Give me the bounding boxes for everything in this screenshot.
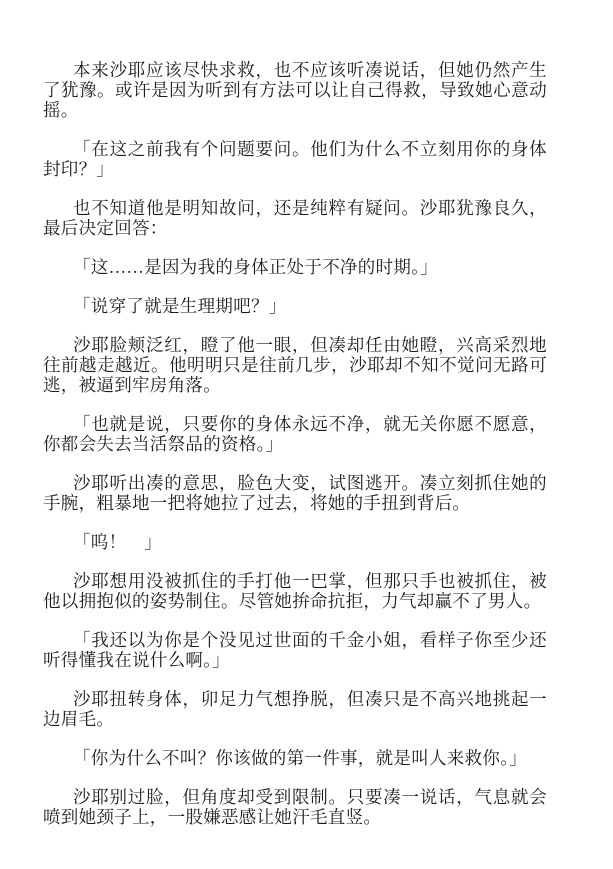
dialogue-paragraph: 「说穿了就是生理期吧？」 [43, 296, 547, 316]
narration-paragraph: 沙耶别过脸，但角度却受到限制。只要凑一说话，气息就会喷到她颈子上，一股嫌恶感让她… [43, 787, 547, 827]
book-page: 本来沙耶应该尽快求救，也不应该听凑说话，但她仍然产生了犹豫。或许是因为听到有方法… [0, 0, 613, 869]
dialogue-paragraph: 「我还以为你是个没见过世面的千金小姐，看样子你至少还听得懂我在说什么啊。」 [43, 630, 547, 670]
narration-paragraph: 也不知道他是明知故问，还是纯粹有疑问。沙耶犹豫良久，最后决定回答： [43, 198, 547, 238]
narration-paragraph: 沙耶扭转身体，卯足力气想挣脱，但凑只是不高兴地挑起一边眉毛。 [43, 689, 547, 729]
dialogue-paragraph: 「也就是说，只要你的身体永远不净，就无关你愿不愿意，你都会失去当活祭品的资格。」 [43, 414, 547, 454]
dialogue-paragraph: 「呜！ 」 [43, 532, 547, 552]
dialogue-paragraph: 「你为什么不叫？你该做的第一件事，就是叫人来救你。」 [43, 748, 547, 768]
narration-paragraph: 沙耶听出凑的意思，脸色大变，试图逃开。凑立刻抓住她的手腕，粗暴地一把将她拉了过去… [43, 473, 547, 513]
narration-paragraph: 沙耶脸颊泛红，瞪了他一眼，但凑却任由她瞪，兴高采烈地往前越走越近。他明明只是往前… [43, 335, 547, 395]
text-column: 本来沙耶应该尽快求救，也不应该听凑说话，但她仍然产生了犹豫。或许是因为听到有方法… [43, 60, 547, 827]
narration-paragraph: 本来沙耶应该尽快求救，也不应该听凑说话，但她仍然产生了犹豫。或许是因为听到有方法… [43, 60, 547, 120]
narration-paragraph: 沙耶想用没被抓住的手打他一巴掌，但那只手也被抓住，被他以拥抱似的姿势制住。尽管她… [43, 571, 547, 611]
dialogue-paragraph: 「在这之前我有个问题要问。他们为什么不立刻用你的身体封印？」 [43, 139, 547, 179]
dialogue-paragraph: 「这……是因为我的身体正处于不净的时期。」 [43, 257, 547, 277]
